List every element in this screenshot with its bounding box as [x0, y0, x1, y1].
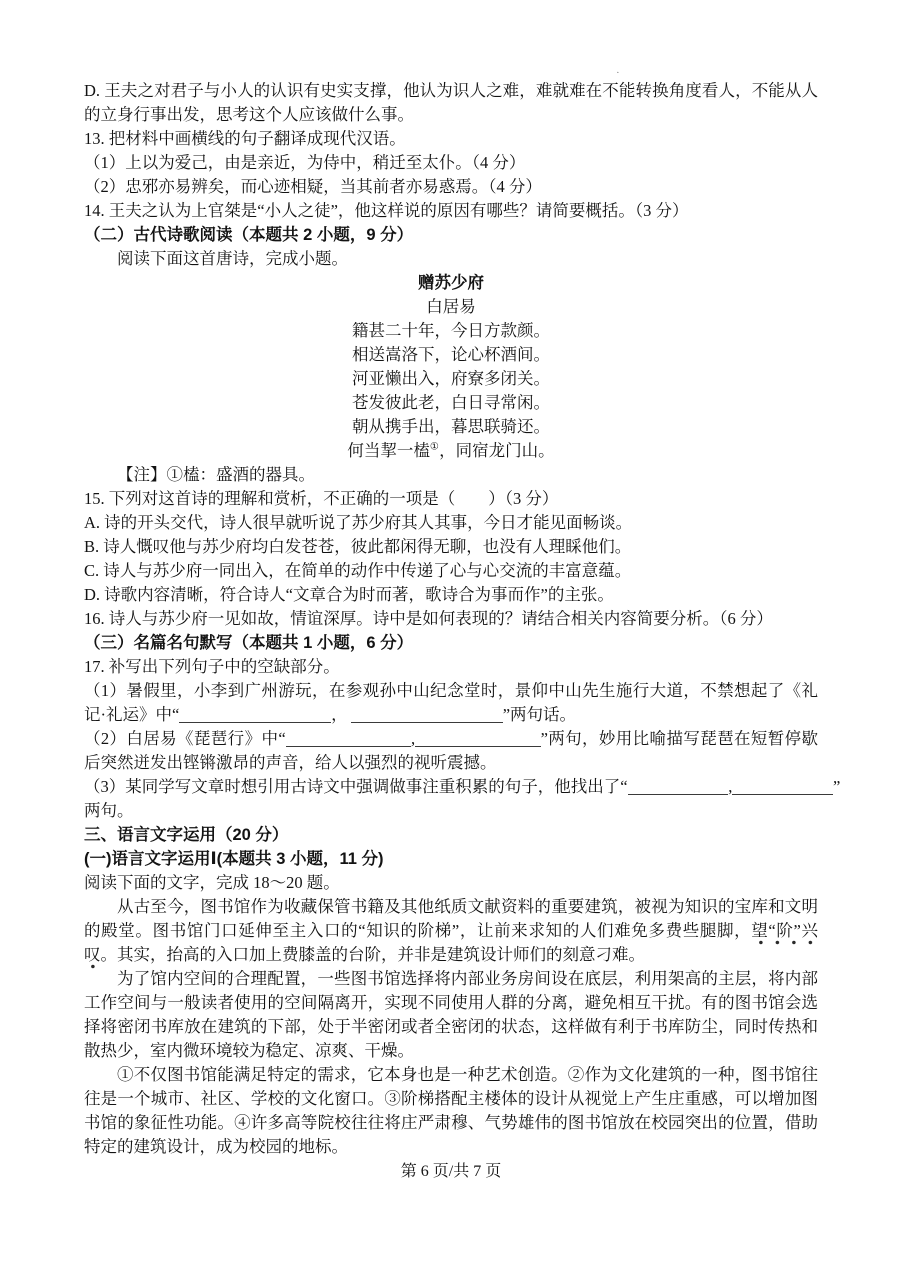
question-15-option-a: A. 诗的开头交代，诗人很早就听说了苏少府其人其事，今日才能见面畅谈。: [84, 511, 818, 535]
poetry-intro: 阅读下面这首唐诗，完成小题。: [84, 247, 818, 271]
passage-paragraph-1: 从古至今，图书馆作为收藏保管书籍及其他纸质文献资料的重要建筑，被视为知识的宝库和…: [84, 895, 818, 967]
passage-paragraph-3: ①不仅图书馆能满足特定的需求，它本身也是一种艺术创造。②作为文化建筑的一种，图书…: [84, 1063, 818, 1159]
question-13-part2: （2）忠邪亦易辨矣，而心迹相疑，当其前者亦易惑焉。（4 分）: [84, 175, 818, 199]
page-number: 第 6 页/共 7 页: [84, 1160, 818, 1184]
q17-3-close-quote: ”: [833, 777, 840, 796]
answer-blank: [286, 744, 411, 747]
question-13: 13. 把材料中画横线的句子翻译成现代汉语。: [84, 127, 818, 151]
passage-p1-text: 从古至今，图书馆作为收藏保管书籍及其他纸质文献资料的重要建筑，被视为知识的宝库和…: [84, 897, 818, 940]
scan-artifact: ·: [616, 68, 620, 79]
q17-3-text: （3）某同学写文章时想引用古诗文中强调做事注重积累的句子，他找出了“: [84, 777, 628, 796]
footnote-ref: ①: [430, 442, 439, 453]
answer-blank: [179, 720, 331, 723]
passage-paragraph-2: 为了馆内空间的合理配置，一些图书馆选择将内部业务房间设在底层，利用架高的主层，将…: [84, 967, 818, 1063]
question-15-option-b: B. 诗人慨叹他与苏少府均白发苍苍，彼此都闲得无聊，也没有人理睬他们。: [84, 535, 818, 559]
answer-blank: [415, 744, 540, 747]
question-15-option-c: C. 诗人与苏少府一同出入，在简单的动作中传递了心与心交流的丰富意蕴。: [84, 559, 818, 583]
question-17-item3-tail: 两句。: [84, 799, 818, 823]
poem-title: 赠苏少府: [84, 271, 818, 295]
answer-blank: [351, 720, 503, 723]
poem-line: 朝从携手出，暮思联骑还。: [84, 415, 818, 439]
answer-blank: [732, 792, 833, 795]
poem-line: 河亚懒出入，府寮多闭关。: [84, 367, 818, 391]
question-15-option-d: D. 诗歌内容清晰，符合诗人“文章合为时而著，歌诗合为事而作”的主张。: [84, 583, 818, 607]
q17-2-text: （2）白居易《琵琶行》中“: [84, 729, 286, 748]
section-language-heading: 三、语言文字运用（20 分）: [84, 823, 818, 847]
question-13-part1: （1）上以为爱己，由是亲近，为侍中，稍迁至太仆。（4 分）: [84, 151, 818, 175]
poem-footnote: 【注】①榼：盛酒的器具。: [84, 463, 818, 487]
poem-line: 相送嵩洛下，论心杯酒间。: [84, 343, 818, 367]
q17-1-comma: ，: [331, 705, 348, 724]
section-dictation-heading: （三）名篇名句默写（本题共 1 小题，6 分）: [84, 631, 818, 655]
poem-author: 白居易: [84, 295, 818, 319]
poem-line: 苍发彼此老，白日寻常闲。: [84, 391, 818, 415]
question-17-item3: （3）某同学写文章时想引用古诗文中强调做事注重积累的句子，他找出了“,”: [84, 775, 818, 799]
question-14: 14. 王夫之认为上官桀是“小人之徒”，他这样说的原因有哪些？请简要概括。（3 …: [84, 199, 818, 223]
poem-line-last: 何当挈一榼①，同宿龙门山。: [84, 439, 818, 463]
question-16: 16. 诗人与苏少府一见如故，情谊深厚。诗中是如何表现的？请结合相关内容简要分析…: [84, 607, 818, 631]
q17-1-tail: ”两句话。: [503, 705, 576, 724]
answer-blank: [628, 792, 729, 795]
exam-page: · D. 王夫之对君子与小人的认识有史实支撑，他认为识人之难，难就难在不能转换角…: [0, 0, 900, 1273]
passage-p1-tail: 。其实，抬高的入口加上费膝盖的台阶，并非是建筑设计师们的刻意刁难。: [101, 945, 646, 964]
question-17: 17. 补写出下列句子中的空缺部分。: [84, 655, 818, 679]
poem-line-last-text: 何当挈一榼: [347, 441, 430, 460]
section-language-sub-heading: (一)语言文字运用Ⅰ(本题共 3 小题，11 分): [84, 847, 818, 871]
question-17-item2: （2）白居易《琵琶行》中“,”两句，妙用比喻描写琵琶在短暂停歇后突然迸发出铿锵激…: [84, 727, 818, 775]
poem-line-last-tail: ，同宿龙门山。: [439, 441, 555, 460]
option-d-text: D. 王夫之对君子与小人的认识有史实支撑，他认为识人之难，难就难在不能转换角度看…: [84, 79, 818, 127]
language-intro: 阅读下面的文字，完成 18～20 题。: [84, 871, 818, 895]
poem-block: 赠苏少府 白居易 籍甚二十年，今日方款颜。 相送嵩洛下，论心杯酒间。 河亚懒出入…: [84, 271, 818, 463]
question-15: 15. 下列对这首诗的理解和赏析，不正确的一项是（ ）（3 分）: [84, 487, 818, 511]
question-17-item1: （1）暑假里，小李到广州游玩，在参观孙中山纪念堂时，景仰中山先生施行大道，不禁想…: [84, 679, 818, 727]
q17-1-text: （1）暑假里，小李到广州游玩，在参观孙中山纪念堂时，景仰中山先生施行大道，不禁想…: [84, 681, 818, 724]
section-poetry-heading: （二）古代诗歌阅读（本题共 2 小题，9 分）: [84, 223, 818, 247]
poem-line: 籍甚二十年，今日方款颜。: [84, 319, 818, 343]
